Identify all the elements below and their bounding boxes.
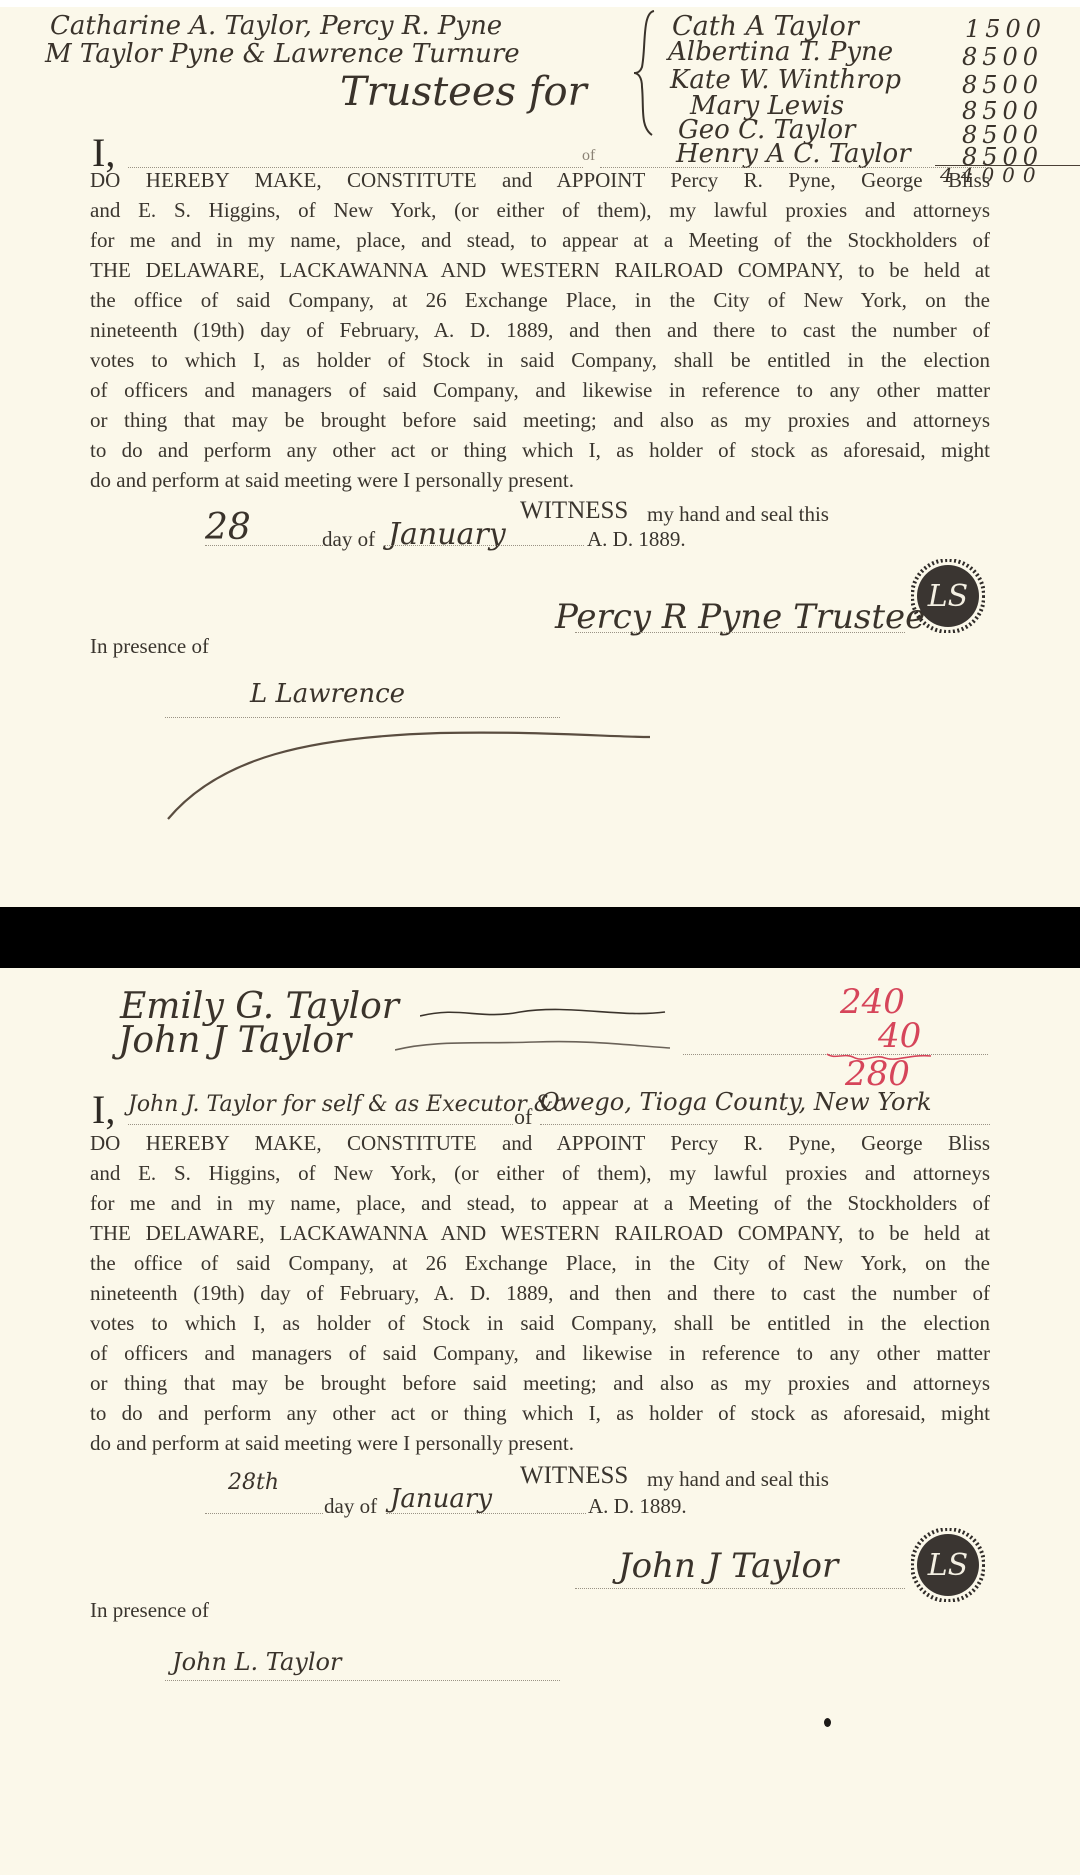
month-line [384,545,584,546]
day-line [205,1513,323,1514]
month-value: January [390,1484,492,1514]
body-line: and E. S. Higgins, of New York, (or eith… [90,195,990,225]
proxy-document-1: Catharine A. Taylor, Percy R. Pyne M Tay… [0,7,1080,907]
stockholder-shares: 8500 [962,43,1043,71]
witness-phrase: my hand and seal this [647,1467,829,1492]
location-line [540,1124,990,1125]
seal-monogram: LS [927,1548,968,1583]
month-value: January [388,517,506,552]
corporate-seal-icon: LS [911,1528,985,1602]
in-presence-label: In presence of [90,634,209,659]
year-label: A. D. 1889. [587,527,686,552]
handwritten-trustees-line-1: Catharine A. Taylor, Percy R. Pyne [50,11,502,41]
month-line [386,1513,586,1514]
body-line: DO HEREBY MAKE, CONSTITUTE and APPOINT P… [90,1128,990,1158]
ink-spot [824,1718,831,1727]
year-label: A. D. 1889. [588,1494,687,1519]
witness-signature: John L. Taylor [172,1648,341,1676]
proxy-body-text: DO HEREBY MAKE, CONSTITUTE and APPOINT P… [90,1128,990,1458]
body-line: or thing that may be brought before said… [90,405,990,435]
body-line: do and perform at said meeting were I pe… [90,465,990,495]
body-line: to do and perform any other act or thing… [90,1398,990,1428]
body-line: nineteenth (19th) day of February, A. D.… [90,1278,990,1308]
witness-line [165,1680,560,1681]
handwritten-trustees-for: Trustees for [340,69,587,115]
witness-phrase: my hand and seal this [647,502,829,527]
stockholder-shares: 8500 [962,71,1043,99]
principal-signature: Percy R Pyne Trustee [555,597,925,637]
signature-flourish [160,727,660,827]
holder-name: John J. Taylor for self & as Executor &c [128,1092,566,1117]
witness-signature: L Lawrence [250,679,405,709]
curly-brace-icon [632,7,662,137]
holder-location: Owego, Tioga County, New York [540,1088,932,1116]
body-line: votes to which I, as holder of Stock in … [90,345,990,375]
stockholder-name: Albertina T. Pyne [668,37,893,67]
principal-signature: John J Taylor [618,1546,838,1586]
body-line: votes to which I, as holder of Stock in … [90,1308,990,1338]
body-line: THE DELAWARE, LACKAWANNA AND WESTERN RAI… [90,255,990,285]
in-presence-label: In presence of [90,1598,209,1623]
i-label: I, [92,1086,115,1133]
handwritten-trustees-line-2: M Taylor Pyne & Lawrence Turnure [45,39,520,69]
witness-word: WITNESS [520,1462,628,1490]
proxy-body-text: DO HEREBY MAKE, CONSTITUTE and APPOINT P… [90,165,990,495]
body-line: for me and in my name, place, and stead,… [90,1188,990,1218]
corporate-seal-icon: LS [911,559,985,633]
body-line: of officers and managers of said Company… [90,375,990,405]
body-line: and E. S. Higgins, of New York, (or eith… [90,1158,990,1188]
body-line: or thing that may be brought before said… [90,1368,990,1398]
signature-line [575,1588,905,1589]
day-of-label: day of [324,1494,377,1519]
ink-dash [420,998,670,1028]
signature-line [575,632,905,633]
body-line: do and perform at said meeting were I pe… [90,1428,990,1458]
separator-band [0,907,1080,968]
stockholder-shares: 1500 [965,15,1046,43]
name-line [128,1124,513,1125]
day-value: 28th [228,1470,279,1495]
witness-word: WITNESS [520,497,628,525]
body-line: the office of said Company, at 26 Exchan… [90,285,990,315]
day-value: 28 [205,507,251,548]
body-line: THE DELAWARE, LACKAWANNA AND WESTERN RAI… [90,1218,990,1248]
of-label: of [514,1104,532,1130]
proxy-document-2: Emily G. Taylor John J Taylor 240 40 280… [0,968,1080,1875]
day-of-label: day of [322,527,375,552]
body-line: nineteenth (19th) day of February, A. D.… [90,315,990,345]
body-line: DO HEREBY MAKE, CONSTITUTE and APPOINT P… [90,165,990,195]
body-line: to do and perform any other act or thing… [90,435,990,465]
seal-monogram: LS [927,579,968,614]
body-line: of officers and managers of said Company… [90,1338,990,1368]
ink-dash [395,1030,675,1060]
handwritten-stockholder-2: John J Taylor [118,1020,351,1061]
body-line: for me and in my name, place, and stead,… [90,225,990,255]
body-line: the office of said Company, at 26 Exchan… [90,1248,990,1278]
of-label: of [582,147,595,165]
day-line [205,545,323,546]
witness-line [165,717,560,718]
